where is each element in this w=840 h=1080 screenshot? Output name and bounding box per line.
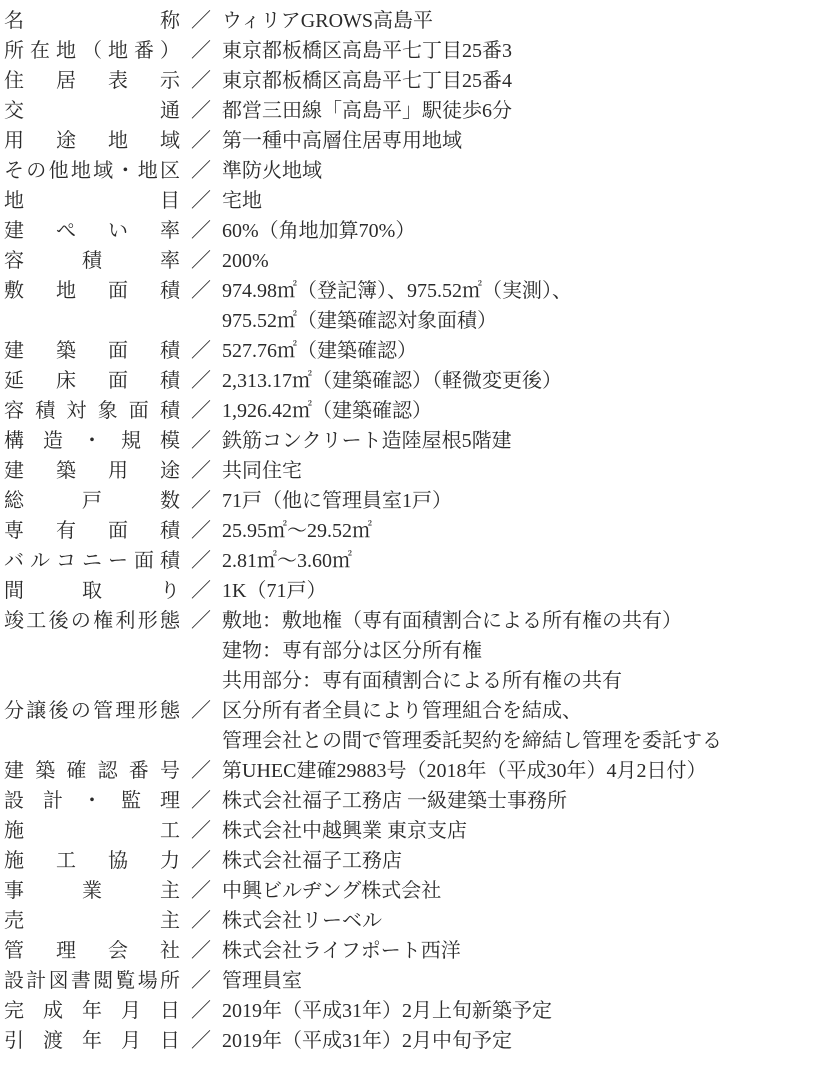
spec-label-char: の [26,156,46,186]
spec-label-char: 途 [160,456,180,486]
spec-label-char: 日 [160,996,180,1026]
spec-label-char: 形 [138,606,158,636]
spec-label: その他地域・地区 [4,156,180,186]
spec-label-char: 管 [4,936,24,966]
spec-label-char: 施 [4,816,24,846]
spec-value: 第一種中高層住居専用地域 [222,126,830,156]
spec-label-char: 業 [82,876,102,906]
spec-row: 間取り ／ 1K（71戸） [4,576,830,606]
spec-label-char: 番 [129,756,149,786]
spec-row: 管理会社 ／ 株式会社ライフポート西洋 [4,936,830,966]
spec-label-char: 示 [160,66,180,96]
spec-row: 設計図書閲覧場所 ／ 管理員室 [4,966,830,996]
spec-label-char: 理 [160,786,180,816]
spec-label-char: 分 [4,696,24,726]
spec-label-char: 構 [4,426,24,456]
spec-value: 株式会社福子工務店 [222,846,830,876]
spec-label: 敷地面積 [4,276,180,306]
spec-row: その他地域・地区 ／ 準防火地域 [4,156,830,186]
spec-label: 事業主 [4,876,180,906]
spec-row: 建ぺい率 ／ 60%（角地加算70%） [4,216,830,246]
spec-value: 1K（71戸） [222,576,830,606]
spec-label-char: 日 [160,1026,180,1056]
spec-label-char: 他 [49,156,69,186]
spec-label: 延床面積 [4,366,180,396]
spec-label-char: 表 [108,66,128,96]
spec-value: 2,313.17㎡（建築確認）（軽微変更後） [222,366,830,396]
spec-row: 竣工後の権利形態 ／ 敷地：敷地権（専有面積割合による所有権の共有） 建物：専有… [4,606,830,696]
spec-row: バルコニー面積 ／ 2.81㎡～3.60㎡ [4,546,830,576]
spec-label-char: 主 [160,876,180,906]
spec-label-char: 間 [4,576,24,606]
spec-label-char: ぺ [56,216,76,246]
spec-label-char: 模 [160,426,180,456]
spec-label-char: 有 [56,516,76,546]
spec-label-char: 称 [160,6,180,36]
spec-value: 敷地：敷地権（専有面積割合による所有権の共有） 建物：専有部分は区分所有権 共用… [222,606,830,696]
slash-separator: ／ [180,576,222,606]
spec-value: 宅地 [222,186,830,216]
spec-label-char: そ [4,156,24,186]
slash-separator: ／ [180,246,222,276]
spec-label-char: 面 [108,276,128,306]
spec-label-char: 容 [4,396,24,426]
spec-label-char: 協 [108,846,128,876]
spec-label-char: 所 [4,36,24,66]
spec-row: 専有面積 ／ 25.95㎡～29.52㎡ [4,516,830,546]
spec-row: 施工協力 ／ 株式会社福子工務店 [4,846,830,876]
spec-label-char: 途 [56,126,76,156]
spec-label-char: 積 [82,246,102,276]
spec-label-char: 面 [108,366,128,396]
spec-label-char: 建 [4,456,24,486]
spec-row: 売主 ／ 株式会社リーベル [4,906,830,936]
spec-label-char: 床 [56,366,76,396]
spec-value: 株式会社福子工務店 一級建築士事務所 [222,786,830,816]
spec-row: 分譲後の管理形態 ／ 区分所有者全員により管理組合を結成、 管理会社との間で管理… [4,696,830,756]
spec-label: 間取り [4,576,180,606]
spec-row: 建築確認番号 ／ 第UHEC建確29883号（2018年（平成30年）4月2日付… [4,756,830,786]
spec-value: 株式会社中越興業 東京支店 [222,816,830,846]
spec-value: 準防火地域 [222,156,830,186]
spec-label-char: 理 [115,696,135,726]
spec-row: 構造・規模 ／ 鉄筋コンクリート造陸屋根5階建 [4,426,830,456]
spec-value: 共同住宅 [222,456,830,486]
spec-label: 竣工後の権利形態 [4,606,180,636]
slash-separator: ／ [180,216,222,246]
spec-label-char: 積 [160,276,180,306]
spec-label-char: 容 [4,246,24,276]
spec-label-char: 域 [160,126,180,156]
spec-label-char: 建 [4,336,24,366]
spec-label-char: 号 [160,756,180,786]
spec-label-char: ・ [82,426,102,456]
spec-label: 引渡年月日 [4,1026,180,1056]
spec-label: 管理会社 [4,936,180,966]
spec-label-char: の [71,606,91,636]
spec-label-char: 後 [49,696,69,726]
spec-label-char: 取 [82,576,102,606]
spec-label-char: 利 [115,606,135,636]
spec-label-char: 積 [160,366,180,396]
spec-label-char: 形 [138,696,158,726]
slash-separator: ／ [180,396,222,426]
spec-label: 分譲後の管理形態 [4,696,180,726]
spec-label-char: 態 [160,606,180,636]
slash-separator: ／ [180,1026,222,1056]
spec-label-char: 率 [160,216,180,246]
slash-separator: ／ [180,186,222,216]
spec-row: 名称 ／ ウィリアGROWS高島平 [4,6,830,36]
spec-value: 2019年（平成31年）2月上旬新築予定 [222,996,830,1026]
spec-label-char: 主 [160,906,180,936]
spec-label-char: 用 [108,456,128,486]
spec-label-char: 域 [93,156,113,186]
slash-separator: ／ [180,906,222,936]
slash-separator: ／ [180,936,222,966]
spec-label-char: 規 [121,426,141,456]
spec-label-char: ・ [115,156,135,186]
spec-label-char: 月 [121,996,141,1026]
slash-separator: ／ [180,426,222,456]
spec-label-char: （ [82,36,102,66]
spec-label-char: 工 [26,606,46,636]
spec-label-char: 象 [98,396,118,426]
spec-label: 交通 [4,96,180,126]
spec-label-char: 覧 [115,966,135,996]
spec-label-char: 地 [108,126,128,156]
slash-separator: ／ [180,36,222,66]
spec-label-char: 築 [35,756,55,786]
spec-label: 所在地（地番） [4,36,180,66]
spec-row: 設計・監理 ／ 株式会社福子工務店 一級建築士事務所 [4,786,830,816]
spec-label: 売主 [4,906,180,936]
spec-value: 第UHEC建確29883号（2018年（平成30年）4月2日付） [222,756,830,786]
slash-separator: ／ [180,336,222,366]
spec-label: 設計・監理 [4,786,180,816]
spec-label-char: 居 [56,66,76,96]
spec-label-char: 延 [4,366,24,396]
slash-separator: ／ [180,486,222,516]
slash-separator: ／ [180,696,222,726]
spec-label: バルコニー面積 [4,546,180,576]
spec-label-char: 建 [4,756,24,786]
spec-label: 建ぺい率 [4,216,180,246]
spec-label-char: 積 [160,546,180,576]
spec-label-char: バ [4,546,24,576]
spec-label-char: 渡 [43,1026,63,1056]
spec-label-char: 築 [56,336,76,366]
spec-label: 地目 [4,186,180,216]
spec-label-char: 確 [66,756,86,786]
spec-label-char: 売 [4,906,24,936]
spec-row: 用途地域 ／ 第一種中高層住居専用地域 [4,126,830,156]
spec-label: 住居表示 [4,66,180,96]
spec-label-char: 専 [4,516,24,546]
spec-label-char: 通 [160,96,180,126]
spec-label-char: 建 [4,216,24,246]
spec-value: 株式会社リーベル [222,906,830,936]
spec-label-char: ・ [82,786,102,816]
spec-label-char: 総 [4,486,24,516]
spec-label-char: 目 [160,186,180,216]
spec-value: 中興ビルヂング株式会社 [222,876,830,906]
spec-label-char: 築 [56,456,76,486]
spec-row: 建築用途 ／ 共同住宅 [4,456,830,486]
spec-label-char: 所 [160,966,180,996]
spec-label-char: 在 [30,36,50,66]
spec-row: 完成年月日 ／ 2019年（平成31年）2月上旬新築予定 [4,996,830,1026]
spec-label: 建築確認番号 [4,756,180,786]
slash-separator: ／ [180,156,222,186]
spec-label-char: 事 [4,876,24,906]
spec-label-char: ー [108,546,128,576]
spec-label-char: 区 [160,156,180,186]
spec-label-char: 戸 [82,486,102,516]
spec-label-char: 設 [4,966,24,996]
spec-label-char: 積 [160,396,180,426]
spec-label-char: ル [30,546,50,576]
spec-label-char: 月 [121,1026,141,1056]
slash-separator: ／ [180,756,222,786]
spec-value: 株式会社ライフポート西洋 [222,936,830,966]
spec-label: 専有面積 [4,516,180,546]
spec-value: 527.76㎡（建築確認） [222,336,830,366]
slash-separator: ／ [180,6,222,36]
spec-label: 構造・規模 [4,426,180,456]
slash-separator: ／ [180,996,222,1026]
spec-label: 建築用途 [4,456,180,486]
spec-label-char: の [71,696,91,726]
spec-row: 容積率 ／ 200% [4,246,830,276]
spec-label-char: 地 [138,156,158,186]
spec-label-char: 計 [26,966,46,996]
spec-value: 1,926.42㎡（建築確認） [222,396,830,426]
spec-value: ウィリアGROWS高島平 [222,6,830,36]
spec-label-char: 譲 [26,696,46,726]
spec-label-char: 書 [71,966,91,996]
spec-row: 施工 ／ 株式会社中越興業 東京支店 [4,816,830,846]
spec-label-char: 地 [71,156,91,186]
spec-label-char: 面 [129,396,149,426]
spec-row: 地目 ／ 宅地 [4,186,830,216]
spec-row: 所在地（地番） ／ 東京都板橋区高島平七丁目25番3 [4,36,830,66]
spec-label: 総戸数 [4,486,180,516]
slash-separator: ／ [180,126,222,156]
spec-label-char: 番 [134,36,154,66]
slash-separator: ／ [180,606,222,636]
spec-row: 交通 ／ 都営三田線「高島平」駅徒歩6分 [4,96,830,126]
spec-label-char: 閲 [93,966,113,996]
spec-label-char: 社 [160,936,180,966]
spec-label-char: 面 [134,546,154,576]
slash-separator: ／ [180,876,222,906]
spec-label-char: 数 [160,486,180,516]
slash-separator: ／ [180,966,222,996]
spec-label-char: 年 [82,996,102,1026]
spec-value: 974.98㎡（登記簿）、975.52㎡（実測）、 975.52㎡（建築確認対象… [222,276,830,336]
slash-separator: ／ [180,276,222,306]
spec-label-char: 成 [43,996,63,1026]
spec-label-char: 権 [93,606,113,636]
spec-label: 容積対象面積 [4,396,180,426]
spec-label-char: 積 [35,396,55,426]
spec-label-char: 地 [108,36,128,66]
spec-label: 建築面積 [4,336,180,366]
slash-separator: ／ [180,366,222,396]
spec-value: 東京都板橋区高島平七丁目25番3 [222,36,830,66]
spec-value: 25.95㎡～29.52㎡ [222,516,830,546]
spec-label-char: 会 [108,936,128,966]
spec-row: 事業主 ／ 中興ビルヂング株式会社 [4,876,830,906]
spec-label-char: 地 [56,276,76,306]
spec-label-char: 交 [4,96,24,126]
property-spec-document: 名称 ／ ウィリアGROWS高島平 所在地（地番） ／ 東京都板橋区高島平七丁目… [0,0,840,1056]
spec-label-char: 計 [43,786,63,816]
spec-label: 用途地域 [4,126,180,156]
spec-label-char: 理 [56,936,76,966]
spec-label-char: い [108,216,128,246]
spec-label-char: 造 [43,426,63,456]
spec-label-char: 場 [138,966,158,996]
slash-separator: ／ [180,786,222,816]
spec-value: 60%（角地加算70%） [222,216,830,246]
spec-label-char: 対 [66,396,86,426]
spec-row: 容積対象面積 ／ 1,926.42㎡（建築確認） [4,396,830,426]
spec-label: 容積率 [4,246,180,276]
spec-label-char: 態 [160,696,180,726]
spec-label-char: 地 [4,186,24,216]
spec-label-char: 図 [49,966,69,996]
slash-separator: ／ [180,66,222,96]
spec-label-char: 積 [160,336,180,366]
spec-label-char: 年 [82,1026,102,1056]
spec-label: 完成年月日 [4,996,180,1026]
spec-label-char: 地 [56,36,76,66]
spec-value: 71戸（他に管理員室1戸） [222,486,830,516]
spec-row: 延床面積 ／ 2,313.17㎡（建築確認）（軽微変更後） [4,366,830,396]
slash-separator: ／ [180,456,222,486]
spec-label-char: 設 [4,786,24,816]
spec-value: 区分所有者全員により管理組合を結成、 管理会社との間で管理委託契約を締結し管理を… [222,696,830,756]
spec-label: 設計図書閲覧場所 [4,966,180,996]
spec-label-char: 用 [4,126,24,156]
spec-label-char: ） [160,36,180,66]
spec-row: 引渡年月日 ／ 2019年（平成31年）2月中旬予定 [4,1026,830,1056]
spec-label-char: 面 [108,336,128,366]
spec-label-char: り [160,576,180,606]
spec-label-char: コ [56,546,76,576]
spec-row: 総戸数 ／ 71戸（他に管理員室1戸） [4,486,830,516]
spec-label-char: 率 [160,246,180,276]
spec-label: 名称 [4,6,180,36]
spec-value: 2019年（平成31年）2月中旬予定 [222,1026,830,1056]
slash-separator: ／ [180,846,222,876]
spec-value: 鉄筋コンクリート造陸屋根5階建 [222,426,830,456]
spec-label: 施工 [4,816,180,846]
spec-label-char: 後 [49,606,69,636]
spec-label-char: 管 [93,696,113,726]
spec-label-char: 敷 [4,276,24,306]
spec-label-char: 名 [4,6,24,36]
spec-label-char: ニ [82,546,102,576]
spec-label-char: 引 [4,1026,24,1056]
spec-value: 2.81㎡～3.60㎡ [222,546,830,576]
spec-row: 住居表示 ／ 東京都板橋区高島平七丁目25番4 [4,66,830,96]
spec-label-char: 積 [160,516,180,546]
slash-separator: ／ [180,546,222,576]
spec-label-char: 力 [160,846,180,876]
spec-value: 管理員室 [222,966,830,996]
spec-label-char: 完 [4,996,24,1026]
spec-label-char: 工 [56,846,76,876]
spec-label-char: 竣 [4,606,24,636]
spec-value: 200% [222,246,830,276]
spec-value: 都営三田線「高島平」駅徒歩6分 [222,96,830,126]
spec-label-char: 施 [4,846,24,876]
spec-label-char: 認 [98,756,118,786]
spec-label-char: 住 [4,66,24,96]
slash-separator: ／ [180,96,222,126]
spec-row: 敷地面積 ／ 974.98㎡（登記簿）、975.52㎡（実測）、 975.52㎡… [4,276,830,336]
spec-value: 東京都板橋区高島平七丁目25番4 [222,66,830,96]
spec-label-char: 工 [160,816,180,846]
spec-label-char: 監 [121,786,141,816]
spec-label-char: 面 [108,516,128,546]
slash-separator: ／ [180,516,222,546]
spec-label: 施工協力 [4,846,180,876]
spec-row: 建築面積 ／ 527.76㎡（建築確認） [4,336,830,366]
slash-separator: ／ [180,816,222,846]
